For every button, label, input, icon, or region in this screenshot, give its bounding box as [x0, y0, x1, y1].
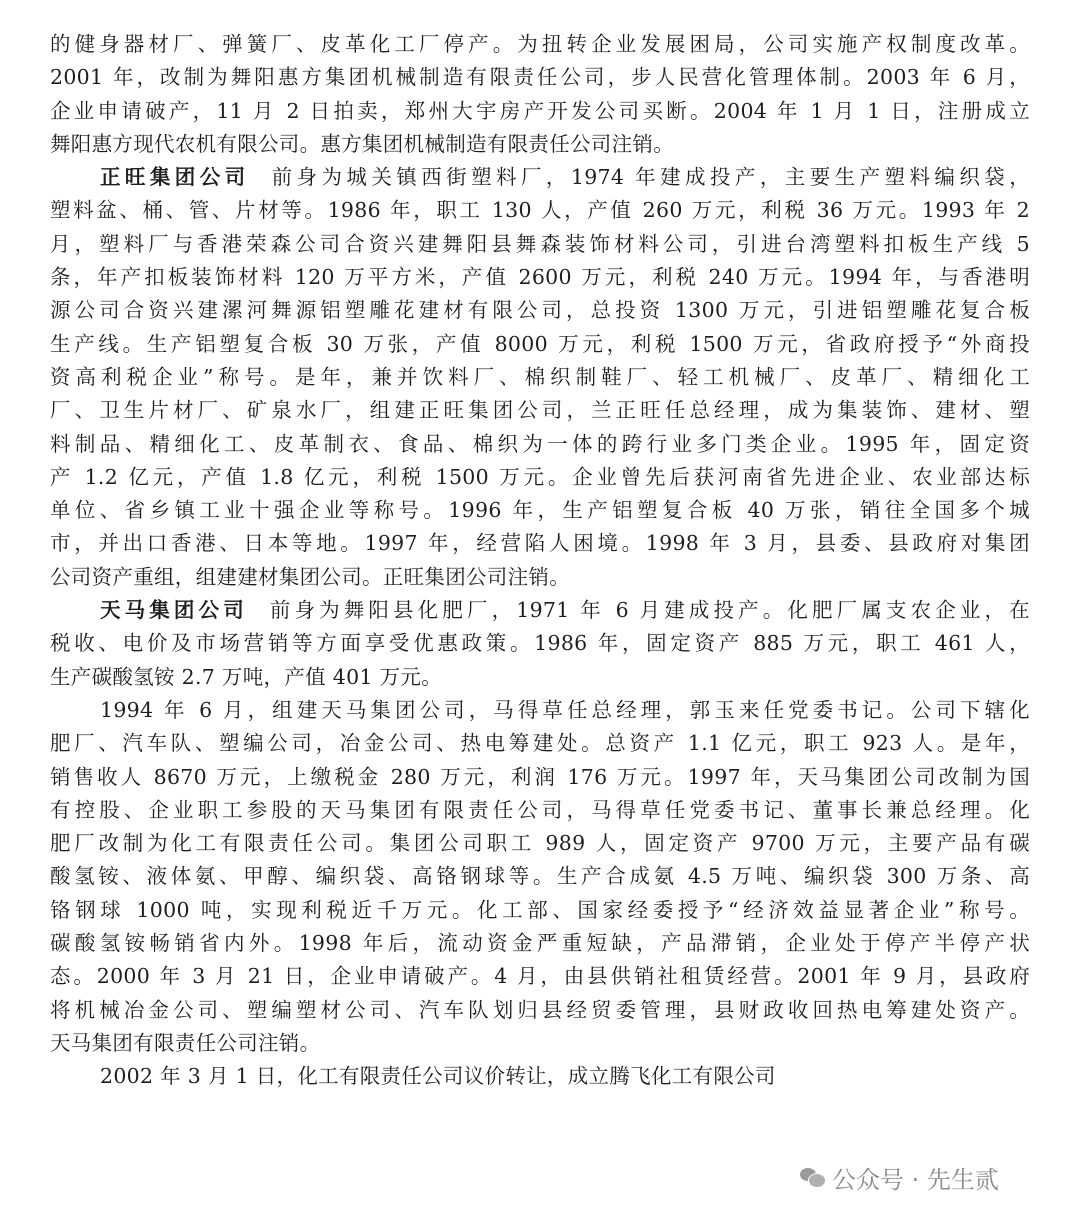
text-line: 将机械冶金公司、塑编塑材公司、汽车队划归县经贸委管理，县财政收回热电筹建处资产。 [50, 994, 1030, 1027]
watermark-label: 公众号 · 先生贰 [832, 1160, 999, 1195]
text-line: 肥厂改制为化工有限责任公司。集团公司职工 989 人，固定资产 9700 万元，… [50, 827, 1030, 860]
section-heading-tianma: 天马集团公司 [100, 598, 248, 622]
text-line: 2001 年，改制为舞阳惠方集团机械制造有限责任公司，步人民营化管理体制。200… [50, 61, 1030, 94]
text-line: 天马集团有限责任公司注销。 [50, 1027, 1030, 1060]
text-line: 态。2000 年 3 月 21 日，企业申请破产。4 月，由县供销社租赁经营。2… [50, 960, 1030, 993]
text-line: 肥厂、汽车队、塑编公司，冶金公司、热电筹建处。总资产 1.1 亿元，职工 923… [50, 727, 1030, 760]
text-line: 源公司合资兴建漯河舞源铝塑雕花建材有限公司，总投资 1300 万元，引进铝塑雕花… [50, 294, 1030, 327]
text-line: 的健身器材厂、弹簧厂、皮革化工厂停产。为扭转企业发展困局，公司实施产权制度改革。 [50, 28, 1030, 61]
text-line: 条，年产扣板装饰材料 120 万平方米，产值 2600 万元，利税 240 万元… [50, 261, 1030, 294]
text-line: 生产碳酸氢铵 2.7 万吨，产值 401 万元。 [50, 661, 1030, 694]
text-line: 厂、卫生片材厂、矿泉水厂，组建正旺集团公司，兰正旺任总经理，成为集装饰、建材、塑 [50, 394, 1030, 427]
text-line: 企业申请破产，11 月 2 日拍卖，郑州大宇房产开发公司买断。2004 年 1 … [50, 95, 1030, 128]
text-line: 市，并出口香港、日本等地。1997 年，经营陷人困境。1998 年 3 月，县委… [50, 527, 1030, 560]
text-line: 2002 年 3 月 1 日，化工有限责任公司议价转让，成立腾飞化工有限公司 [50, 1060, 1030, 1093]
text-line: 酸氢铵、液体氨、甲醇、编织袋、高铬钢球等。生产合成氨 4.5 万吨、编织袋 30… [50, 860, 1030, 893]
text-line: 税收、电价及市场营销等方面享受优惠政策。1986 年，固定资产 885 万元，职… [50, 627, 1030, 660]
text-line: 碳酸氢铵畅销省内外。1998 年后，流动资金严重短缺，产品滞销，企业处于停产半停… [50, 927, 1030, 960]
section-tianma-first-line: 天马集团公司前身为舞阳县化肥厂，1971 年 6 月建成投产。化肥厂属支农企业，… [50, 594, 1030, 627]
text-line: 资高利税企业”称号。是年，兼并饮料厂、棉织制鞋厂、轻工机械厂、皮革厂、精细化工 [50, 361, 1030, 394]
text-line: 销售收人 8670 万元，上缴税金 280 万元，利润 176 万元。1997 … [50, 761, 1030, 794]
text-line: 生产线。生产铝塑复合板 30 万张，产值 8000 万元，利税 1500 万元，… [50, 328, 1030, 361]
section-heading-zhengwang: 正旺集团公司 [100, 165, 250, 189]
watermark: 公众号 · 先生贰 [800, 1162, 999, 1192]
text-line: 有控股、企业职工参股的天马集团有限责任公司，马得草任党委书记、董事长兼总经理。化 [50, 794, 1030, 827]
document-page: 的健身器材厂、弹簧厂、皮革化工厂停产。为扭转企业发展困局，公司实施产权制度改革。… [50, 28, 1030, 1094]
text-line: 公司资产重组，组建建材集团公司。正旺集团公司注销。 [50, 561, 1030, 594]
wechat-icon [800, 1166, 826, 1188]
text-span: 前身为舞阳县化肥厂，1971 年 6 月建成投产。化肥厂属支农企业，在 [270, 598, 1030, 622]
text-line: 月，塑料厂与香港荣森公司合资兴建舞阳县舞森装饰材料公司，引进台湾塑料扣板生产线 … [50, 228, 1030, 261]
text-span: 前身为城关镇西街塑料厂，1974 年建成投产，主要生产塑料编织袋， [272, 165, 1030, 189]
text-line: 1994 年 6 月，组建天马集团公司，马得草任总经理，郭玉来任党委书记。公司下… [50, 694, 1030, 727]
text-line: 产 1.2 亿元，产值 1.8 亿元，利税 1500 万元。企业曾先后获河南省先… [50, 461, 1030, 494]
text-line: 塑料盆、桶、管、片材等。1986 年，职工 130 人，产值 260 万元，利税… [50, 194, 1030, 227]
text-line: 单位、省乡镇工业十强企业等称号。1996 年，生产铝塑复合板 40 万张，销往全… [50, 494, 1030, 527]
text-line: 料制品、精细化工、皮革制衣、食品、棉织为一体的跨行业多门类企业。1995 年，固… [50, 428, 1030, 461]
section-zhengwang-first-line: 正旺集团公司前身为城关镇西街塑料厂，1974 年建成投产，主要生产塑料编织袋， [50, 161, 1030, 194]
text-line: 铬钢球 1000 吨，实现利税近千万元。化工部、国家经委授予“经济效益显著企业”… [50, 894, 1030, 927]
text-line: 舞阳惠方现代农机有限公司。惠方集团机械制造有限责任公司注销。 [50, 128, 1030, 161]
